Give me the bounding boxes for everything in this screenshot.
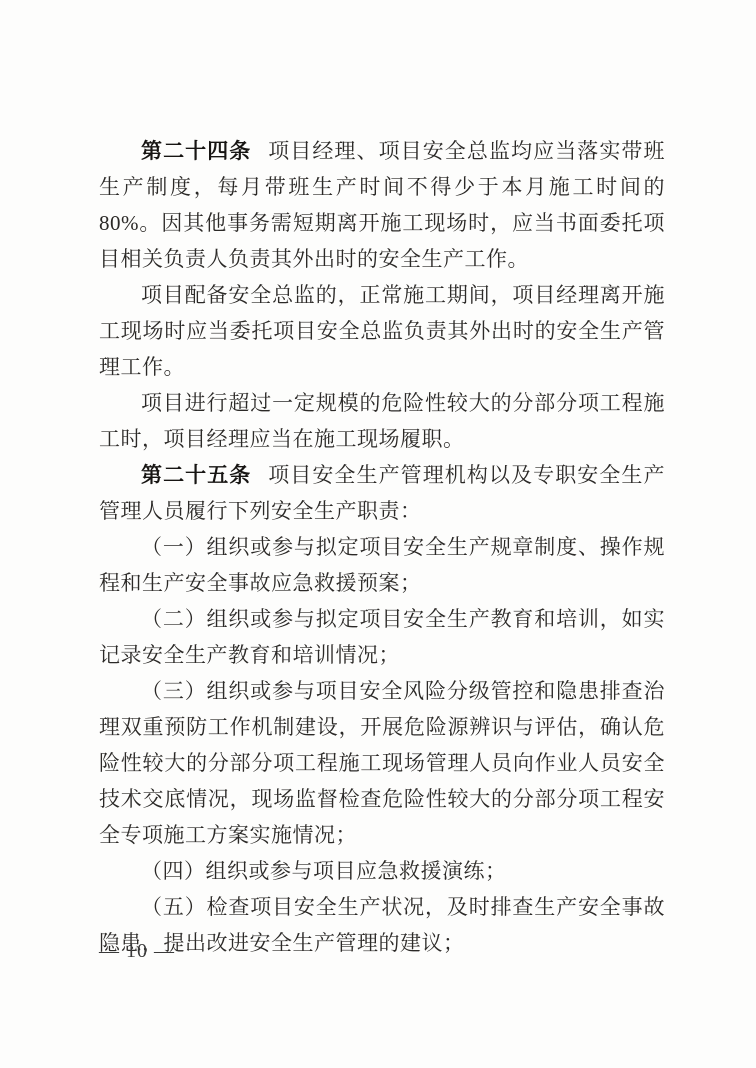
article-25-item-3: （三）组织或参与项目安全风险分级管控和隐患排查治理双重预防工作机制建设，开展危险… (99, 673, 665, 853)
page-number: — 10 — (99, 940, 175, 962)
article-24-subparagraph-1: 项目配备安全总监的，正常施工期间，项目经理离开施工现场时应当委托项目安全总监负责… (99, 277, 665, 385)
article-24-subparagraph-2-text: 项目进行超过一定规模的危险性较大的分部分项工程施工时，项目经理应当在施工现场履职… (99, 391, 665, 451)
article-25-item-1: （一）组织或参与拟定项目安全生产规章制度、操作规程和生产安全事故应急救援预案； (99, 529, 665, 601)
article-25-item-2: （二）组织或参与拟定项目安全生产教育和培训，如实记录安全生产教育和培训情况； (99, 601, 665, 673)
article-25-item-5: （五）检查项目安全生产状况，及时排查生产安全事故隐患，提出改进安全生产管理的建议… (99, 889, 665, 961)
article-24-subparagraph-1-text: 项目配备安全总监的，正常施工期间，项目经理离开施工现场时应当委托项目安全总监负责… (99, 283, 665, 379)
article-25-item-5-text: （五）检查项目安全生产状况，及时排查生产安全事故隐患，提出改进安全生产管理的建议… (99, 895, 665, 955)
article-25-item-3-text: （三）组织或参与项目安全风险分级管控和隐患排查治理双重预防工作机制建设，开展危险… (99, 679, 665, 847)
article-25-paragraph: 第二十五条项目安全生产管理机构以及专职安全生产管理人员履行下列安全生产职责： (99, 457, 665, 529)
document-page: 第二十四条项目经理、项目安全总监均应当落实带班生产制度，每月带班生产时间不得少于… (0, 0, 756, 1068)
article-24-paragraph: 第二十四条项目经理、项目安全总监均应当落实带班生产制度，每月带班生产时间不得少于… (99, 133, 665, 277)
article-24-heading: 第二十四条 (141, 139, 251, 163)
article-25-item-2-text: （二）组织或参与拟定项目安全生产教育和培训，如实记录安全生产教育和培训情况； (99, 607, 665, 667)
document-content: 第二十四条项目经理、项目安全总监均应当落实带班生产制度，每月带班生产时间不得少于… (99, 133, 665, 961)
article-25-item-4-text: （四）组织或参与项目应急救援演练； (141, 859, 507, 883)
article-25-heading: 第二十五条 (141, 463, 251, 487)
page-footer: — 10 — (99, 939, 175, 963)
article-25-item-1-text: （一）组织或参与拟定项目安全生产规章制度、操作规程和生产安全事故应急救援预案； (99, 535, 665, 595)
article-25-item-4: （四）组织或参与项目应急救援演练； (99, 853, 665, 889)
article-24-subparagraph-2: 项目进行超过一定规模的危险性较大的分部分项工程施工时，项目经理应当在施工现场履职… (99, 385, 665, 457)
